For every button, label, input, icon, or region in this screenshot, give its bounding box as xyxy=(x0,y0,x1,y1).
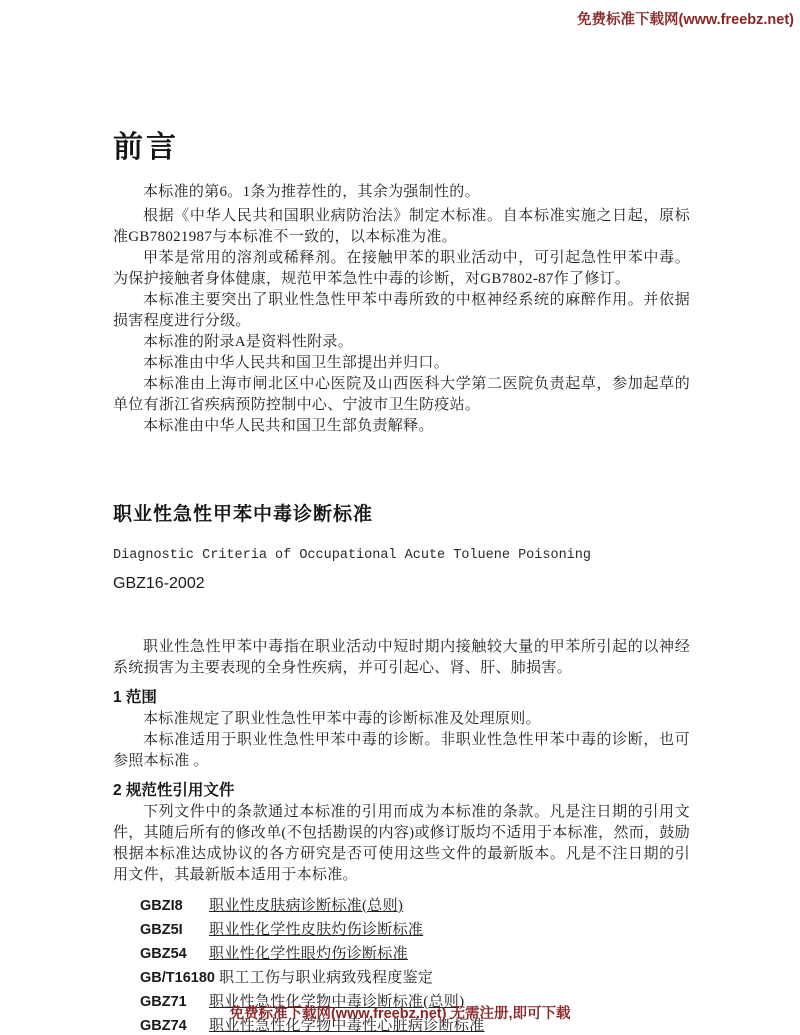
reference-item: GBZ54 职业性化学性眼灼伤诊断标准 xyxy=(113,942,690,966)
reference-title: 职工工伤与职业病致残程度鉴定 xyxy=(219,966,433,987)
reference-code: GBZ54 xyxy=(140,946,205,962)
document-content: 前言 本标准的第6。1条为推荐性的，其余为强制性的。 根据《中华人民共和国职业病… xyxy=(113,0,690,1035)
reference-code: GBZI8 xyxy=(140,898,205,914)
standard-title-en: Diagnostic Criteria of Occupational Acut… xyxy=(113,548,690,563)
foreword-paragraph: 本标准由上海市闸北区中心医院及山西医科大学第二医院负责起草，参加起草的单位有浙江… xyxy=(113,374,690,416)
foreword-paragraph: 本标准的第6。1条为推荐性的，其余为强制性的。 xyxy=(113,182,690,203)
section-paragraph: 下列文件中的条款通过本标准的引用而成为本标准的条款。凡是注日期的引用文件，其随后… xyxy=(113,802,690,886)
document-page: 免费标准下载网(www.freebz.net) 前言 本标准的第6。1条为推荐性… xyxy=(0,0,800,1035)
foreword-paragraph: 根据《中华人民共和国职业病防治法》制定木标准。自本标准实施之日起，原标准GB78… xyxy=(113,206,690,248)
foreword-paragraph: 本标准主要突出了职业性急性甲苯中毒所致的中枢神经系统的麻醉作用。并依据损害程度进… xyxy=(113,290,690,332)
section-paragraph: 本标准规定了职业性急性甲苯中毒的诊断标准及处理原则。 xyxy=(113,709,690,730)
section-heading-normative-references: 2 规范性引用文件 xyxy=(113,778,690,800)
standard-title-zh: 职业性急性甲苯中毒诊断标准 xyxy=(113,499,690,526)
reference-item: GB/T16180 职工工伤与职业病致残程度鉴定 xyxy=(113,966,690,990)
reference-item: GBZI8 职业性皮肤病诊断标准(总则) xyxy=(113,894,690,918)
foreword-paragraph: 本标准的附录A是资料性附录。 xyxy=(113,332,690,353)
section-paragraph: 本标准适用于职业性急性甲苯中毒的诊断。非职业性急性甲苯中毒的诊断，也可参照本标准… xyxy=(113,730,690,772)
reference-code: GBZ5I xyxy=(140,922,205,938)
footer-site-link[interactable]: 免费标准下载网(www.freebz.net) 无需注册,即可下载 xyxy=(229,1006,570,1022)
reference-link[interactable]: 职业性化学性眼灼伤诊断标准 xyxy=(209,942,408,963)
foreword-title: 前言 xyxy=(113,122,690,166)
standard-intro-paragraph: 职业性急性甲苯中毒指在职业活动中短时期内接触较大量的甲苯所引起的以神经系统损害为… xyxy=(113,637,690,679)
reference-link[interactable]: 职业性化学性皮肤灼伤诊断标准 xyxy=(209,918,423,939)
standard-code: GBZ16-2002 xyxy=(113,575,690,593)
reference-item: GBZ5I 职业性化学性皮肤灼伤诊断标准 xyxy=(113,918,690,942)
foreword-paragraph: 本标准由中华人民共和国卫生部提出并归口。 xyxy=(113,353,690,374)
foreword-paragraph: 本标准由中华人民共和国卫生部负责解释。 xyxy=(113,416,690,437)
reference-code: GB/T16180 xyxy=(140,970,215,986)
standard-title-block: 职业性急性甲苯中毒诊断标准 Diagnostic Criteria of Occ… xyxy=(113,499,690,593)
page-footer: 免费标准下载网(www.freebz.net) 无需注册,即可下载 xyxy=(0,1002,800,1023)
section-heading-scope: 1 范围 xyxy=(113,685,690,707)
reference-link[interactable]: 职业性皮肤病诊断标准(总则) xyxy=(209,894,403,915)
foreword-paragraph: 甲苯是常用的溶剂或稀释剂。在接触甲苯的职业活动中，可引起急性甲苯中毒。为保护接触… xyxy=(113,248,690,290)
